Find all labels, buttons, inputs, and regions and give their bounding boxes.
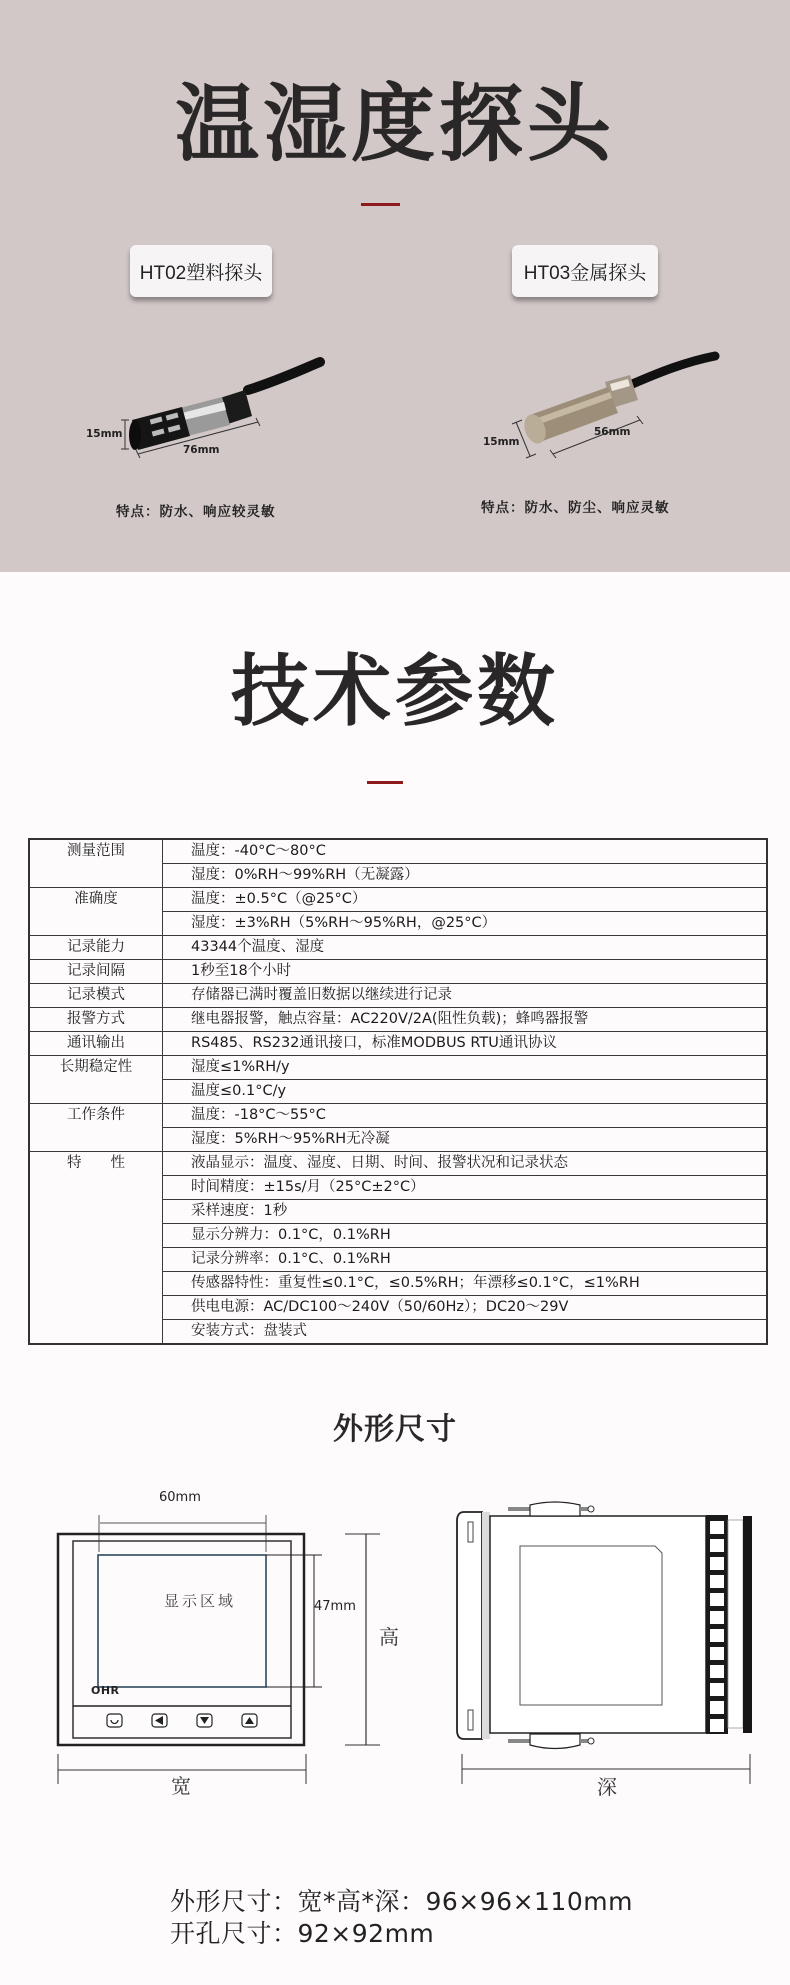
- spec-value: 湿度：5%RH～95%RH无冷凝: [163, 1128, 768, 1152]
- ht02-feature-text: 特点：防水、响应较灵敏: [116, 500, 276, 520]
- probe-label-text: HT03金属探头: [524, 258, 646, 285]
- spec-value: 显示分辨力：0.1°C，0.1%RH: [163, 1224, 768, 1248]
- spec-value: 传感器特性：重复性≤0.1°C，≤0.5%RH；年漂移≤0.1°C，≤1%RH: [163, 1272, 768, 1296]
- ht03-diameter-label: 15mm: [483, 436, 520, 448]
- probe-label-ht02: HT02塑料探头: [130, 245, 272, 297]
- spec-value: 采样速度：1秒: [163, 1200, 768, 1224]
- return-icon: [107, 1714, 122, 1727]
- height-label: 高: [379, 1621, 399, 1650]
- display-area-label: 显示区域: [100, 1590, 300, 1611]
- spec-key: 记录间隔: [29, 960, 163, 984]
- table-row: 准确度 温度：±0.5°C（@25°C）: [29, 888, 767, 912]
- depth-label: 深: [597, 1771, 617, 1800]
- specs-accent-rule: [367, 781, 403, 784]
- table-row: 长期稳定性 湿度≤1%RH/y: [29, 1056, 767, 1080]
- spec-value: 温度≤0.1°C/y: [163, 1080, 768, 1104]
- width-label: 宽: [171, 1770, 191, 1799]
- table-row: 记录模式 存储器已满时覆盖旧数据以继续进行记录: [29, 984, 767, 1008]
- spec-key: 通讯输出: [29, 1032, 163, 1056]
- front-view-diagram: [40, 1490, 430, 1810]
- spec-key: 记录能力: [29, 936, 163, 960]
- spec-key: 报警方式: [29, 1008, 163, 1032]
- spec-key: 特 性: [29, 1152, 163, 1345]
- spec-key: 准确度: [29, 888, 163, 936]
- spec-value: 湿度：0%RH～99%RH（无凝露）: [163, 864, 768, 888]
- table-row: 通讯输出 RS485、RS232通讯接口，标准MODBUS RTU通讯协议: [29, 1032, 767, 1056]
- outer-dimensions-text: 外形尺寸：宽*高*深：96×96×110mm: [170, 1882, 633, 1918]
- title-accent-rule: [361, 203, 400, 206]
- probes-title: 温湿度探头: [0, 74, 790, 174]
- brand-logo: OHR: [91, 1684, 120, 1697]
- spec-value: 供电电源：AC/DC100～240V（50/60Hz）；DC20～29V: [163, 1296, 768, 1320]
- ht02-length-label: 76mm: [183, 444, 220, 456]
- spec-value: 存储器已满时覆盖旧数据以继续进行记录: [163, 984, 768, 1008]
- table-row: 报警方式 继电器报警，触点容量：AC220V/2A(阻性负载)；蜂鸣器报警: [29, 1008, 767, 1032]
- side-view-diagram: [440, 1490, 780, 1810]
- spec-value: 43344个温度、湿度: [163, 936, 768, 960]
- spec-value: 安装方式：盘装式: [163, 1320, 768, 1345]
- table-row: 特 性 液晶显示：温度、湿度、日期、时间、报警状况和记录状态: [29, 1152, 767, 1176]
- spec-value: RS485、RS232通讯接口，标准MODBUS RTU通讯协议: [163, 1032, 768, 1056]
- spec-value: 温度：-40°C～80°C: [163, 839, 768, 864]
- down-arrow-icon: [197, 1714, 212, 1727]
- table-row: 工作条件 温度：-18°C～55°C: [29, 1104, 767, 1128]
- spec-table: 测量范围 温度：-40°C～80°C 湿度：0%RH～99%RH（无凝露） 准确…: [28, 838, 768, 1345]
- spec-value: 记录分辨率：0.1°C、0.1%RH: [163, 1248, 768, 1272]
- ht02-diameter-label: 15mm: [86, 428, 123, 440]
- spec-key: 长期稳定性: [29, 1056, 163, 1104]
- spec-value: 液晶显示：温度、湿度、日期、时间、报警状况和记录状态: [163, 1152, 768, 1176]
- spec-key: 测量范围: [29, 839, 163, 888]
- display-height-label: 47mm: [314, 1599, 356, 1614]
- specs-title: 技术参数: [0, 640, 790, 744]
- spec-value: 湿度：±3%RH（5%RH～95%RH，@25°C）: [163, 912, 768, 936]
- spec-value: 温度：±0.5°C（@25°C）: [163, 888, 768, 912]
- ht03-feature-text: 特点：防水、防尘、响应灵敏: [481, 496, 670, 516]
- probe-label-text: HT02塑料探头: [140, 258, 262, 285]
- left-arrow-icon: [152, 1714, 167, 1727]
- up-arrow-icon: [242, 1714, 257, 1727]
- cutout-dimensions-text: 开孔尺寸：92×92mm: [170, 1914, 434, 1950]
- spec-value: 时间精度：±15s/月（25°C±2°C）: [163, 1176, 768, 1200]
- spec-value: 1秒至18个小时: [163, 960, 768, 984]
- spec-key: 记录模式: [29, 984, 163, 1008]
- ht03-length-label: 56mm: [594, 426, 631, 438]
- display-width-label: 60mm: [159, 1490, 201, 1505]
- spec-key: 工作条件: [29, 1104, 163, 1152]
- spec-value: 温度：-18°C～55°C: [163, 1104, 768, 1128]
- spec-value: 湿度≤1%RH/y: [163, 1056, 768, 1080]
- dimensions-title: 外形尺寸: [0, 1410, 790, 1450]
- table-row: 记录能力 43344个温度、湿度: [29, 936, 767, 960]
- probe-label-ht03: HT03金属探头: [512, 245, 658, 297]
- ht03-probe-image: [470, 350, 730, 470]
- table-row: 记录间隔 1秒至18个小时: [29, 960, 767, 984]
- table-row: 测量范围 温度：-40°C～80°C: [29, 839, 767, 864]
- spec-value: 继电器报警，触点容量：AC220V/2A(阻性负载)；蜂鸣器报警: [163, 1008, 768, 1032]
